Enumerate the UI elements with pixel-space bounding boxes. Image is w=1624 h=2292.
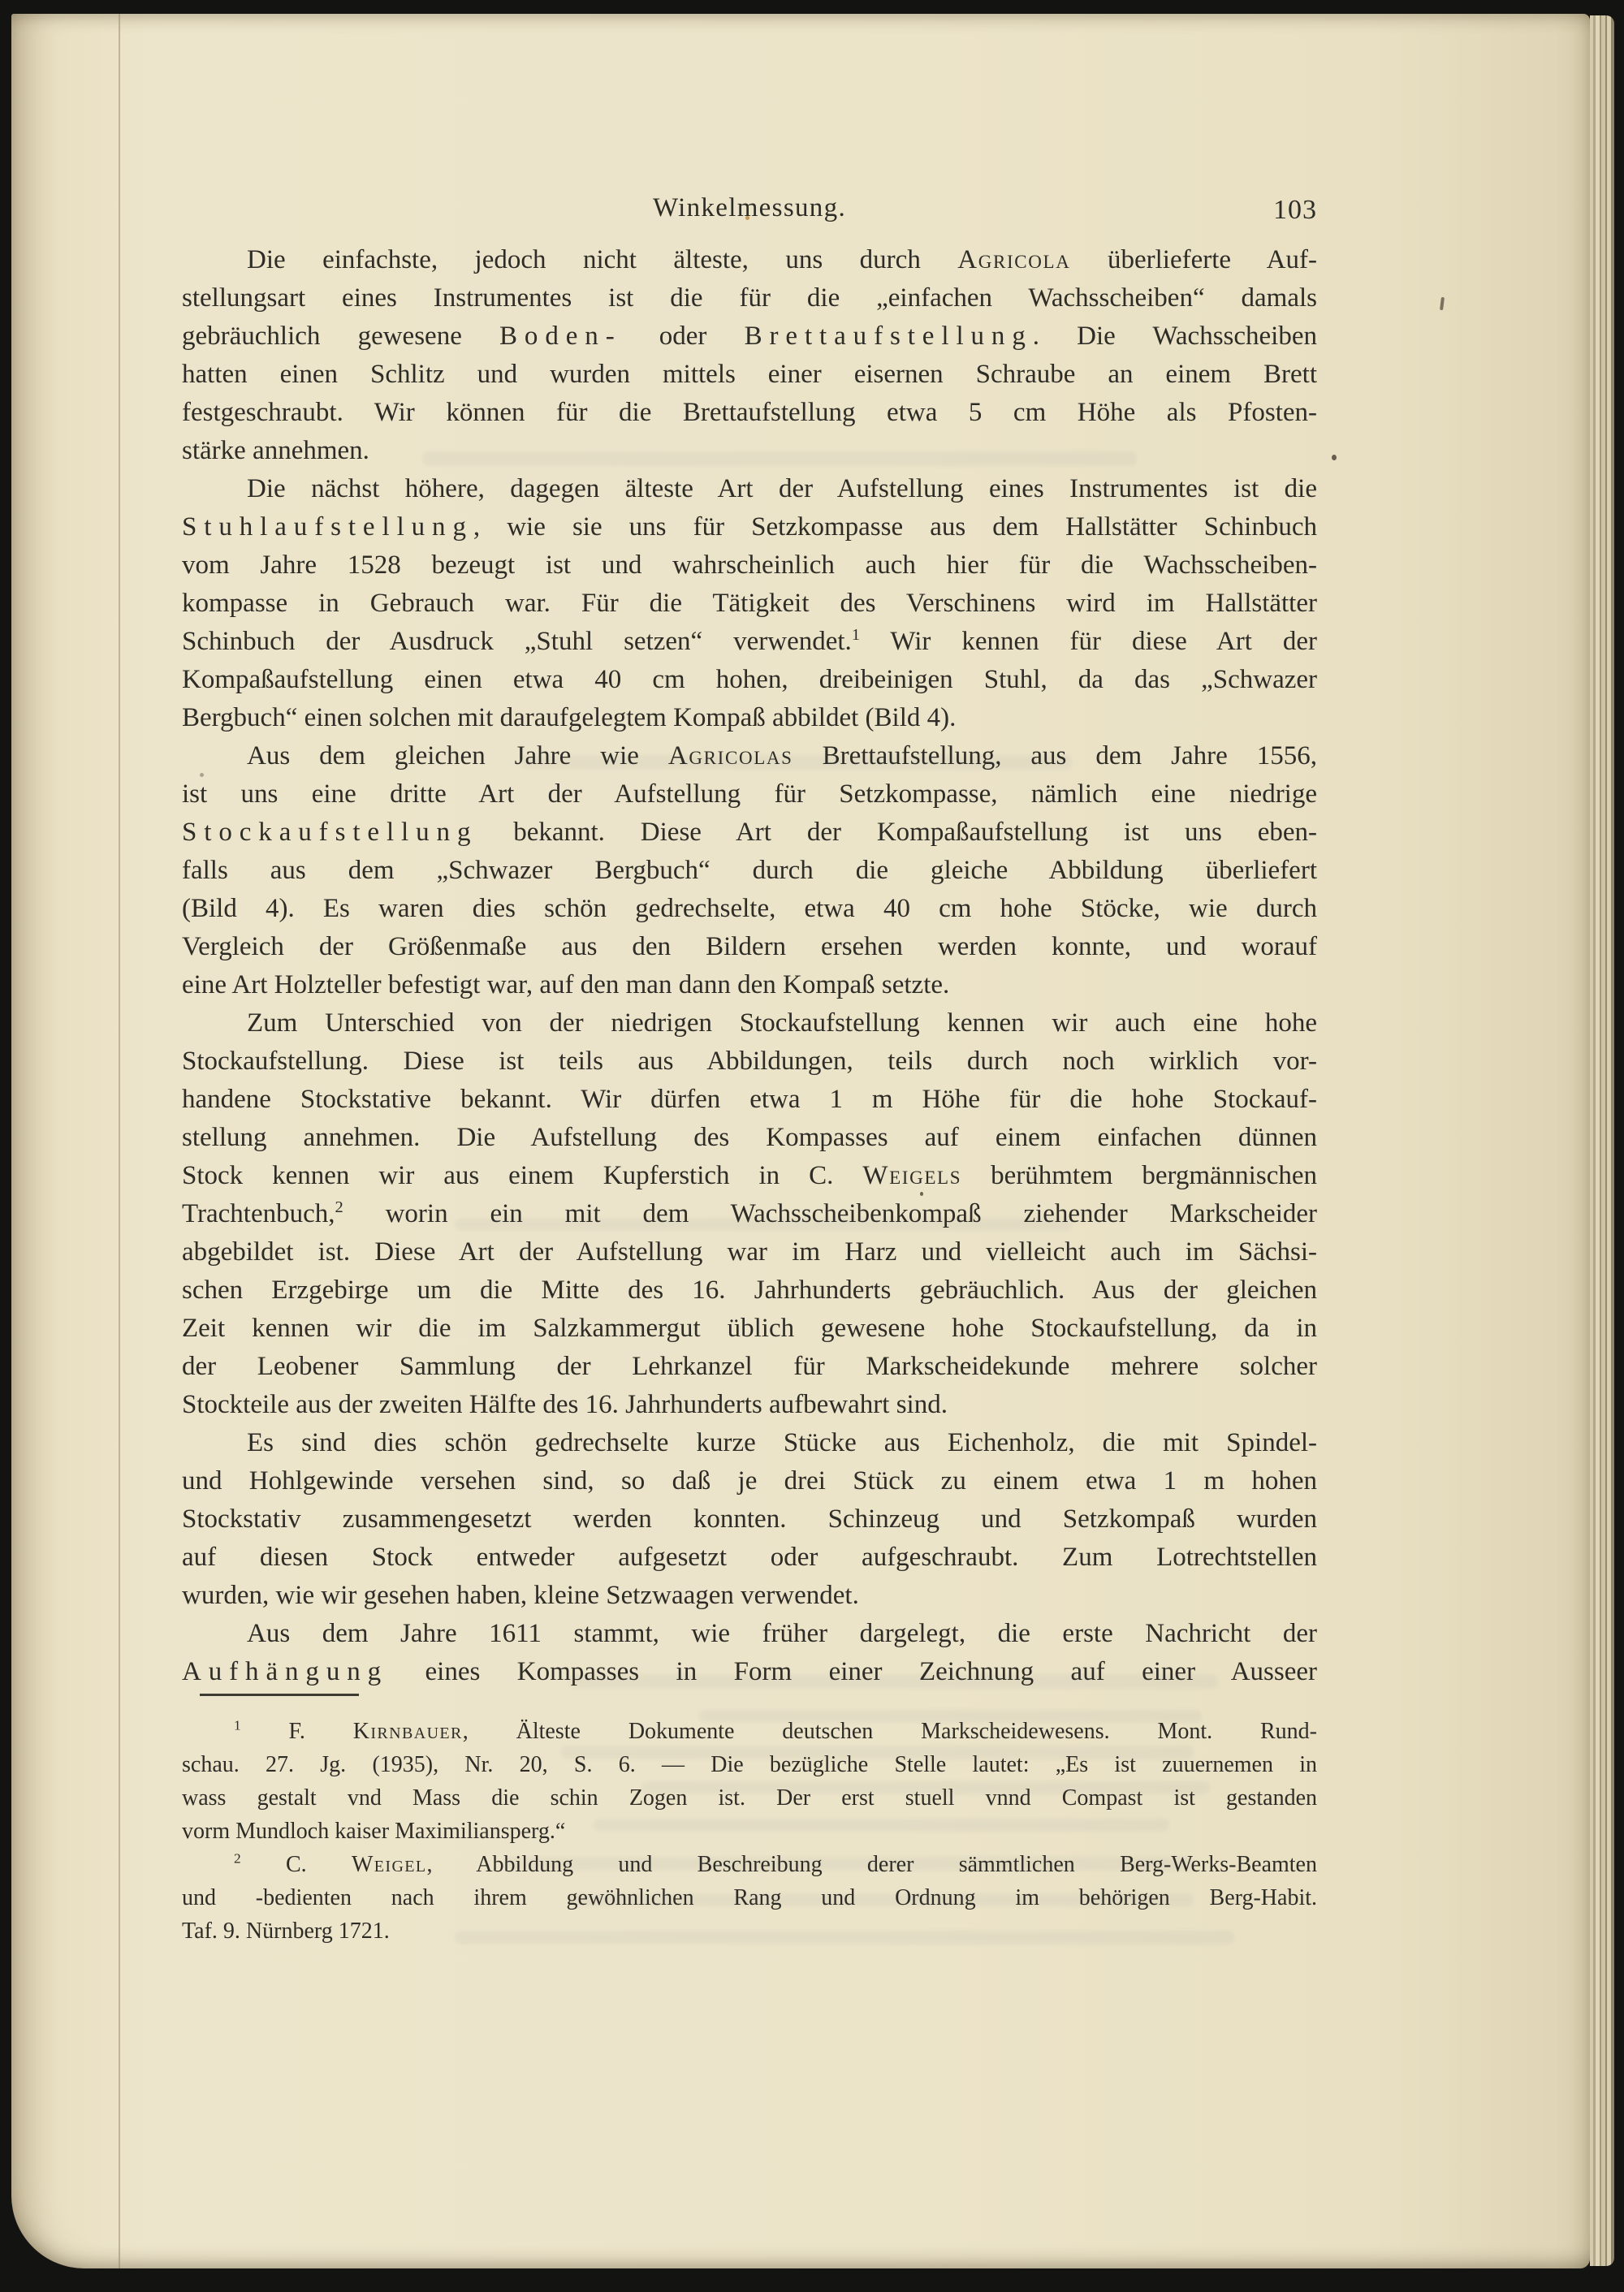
body-line: kompasse in Gebrauch war. Für die Tätigk… <box>182 585 1317 623</box>
page-number: 103 <box>1273 196 1317 225</box>
body-line: gebräuchlich gewesene Boden- oder Bretta… <box>182 317 1317 356</box>
body-line: falls aus dem „Schwazer Bergbuch“ durch … <box>182 852 1317 890</box>
body-line: (Bild 4). Es waren dies schön gedrechsel… <box>182 890 1317 928</box>
body-line: Bergbuch“ einen solchen mit daraufgelegt… <box>182 699 1317 737</box>
body-line: vom Jahre 1528 bezeugt ist und wahrschei… <box>182 546 1317 585</box>
page-header: Winkelmessung. 103 <box>182 193 1317 226</box>
body-line: hatten einen Schlitz und wurden mittels … <box>182 356 1317 394</box>
small-caps-name: Kirnbauer <box>353 1719 463 1744</box>
paragraph: Aus dem Jahre 1611 stammt, wie früher da… <box>182 1615 1317 1691</box>
body-text: Die einfachste, jedoch nicht älteste, un… <box>182 241 1317 1691</box>
running-title: Winkelmessung. <box>182 193 1317 222</box>
small-caps-name: Agricolas <box>668 741 793 770</box>
letterspaced-term: Aufhängung <box>182 1657 388 1686</box>
scanned-book-photo: Winkelmessung. 103 Die einfachste, jedoc… <box>0 0 1624 2292</box>
body-line: Es sind dies schön gedrechselte kurze St… <box>182 1424 1317 1462</box>
body-line: Stockteile aus der zweiten Hälfte des 16… <box>182 1386 1317 1424</box>
letterspaced-term: Boden- <box>499 322 622 351</box>
footnote-marker: 1 <box>234 1718 241 1733</box>
body-line: und Hohlgewinde versehen sind, so daß je… <box>182 1462 1317 1500</box>
body-line: stärke annehmen. <box>182 432 1317 470</box>
footnote-line: und -bedienten nach ihrem gewöhnlichen R… <box>182 1881 1317 1914</box>
body-line: Zeit kennen wir die im Salzkammergut übl… <box>182 1310 1317 1348</box>
letterspaced-term: Stuhlaufstellung <box>182 512 473 542</box>
body-line: schen Erzgebirge um die Mitte des 16. Ja… <box>182 1271 1317 1310</box>
body-line: Stuhlaufstellung, wie sie uns für Setzko… <box>182 508 1317 546</box>
footnote-marker: 2 <box>335 1198 343 1216</box>
body-line: eine Art Holzteller befestigt war, auf d… <box>182 966 1317 1004</box>
footnote-separator <box>200 1694 359 1696</box>
footnote-line: Taf. 9. Nürnberg 1721. <box>182 1914 1317 1948</box>
footnote-line: wass gestalt vnd Mass die schin Zogen is… <box>182 1781 1317 1815</box>
body-line: Aus dem Jahre 1611 stammt, wie früher da… <box>182 1615 1317 1653</box>
body-line: Stockstativ zusammengesetzt werden konnt… <box>182 1500 1317 1539</box>
body-line: Vergleich der Größenmaße aus den Bildern… <box>182 928 1317 966</box>
body-line: stellung annehmen. Die Aufstellung des K… <box>182 1119 1317 1157</box>
body-line: wurden, wie wir gesehen haben, kleine Se… <box>182 1577 1317 1615</box>
footnote-marker: 1 <box>852 626 860 644</box>
small-caps-name: Agricola <box>957 245 1070 274</box>
letterspaced-term: Stockaufstellung <box>182 818 477 847</box>
footnote-line: schau. 27. Jg. (1935), Nr. 20, S. 6. — D… <box>182 1748 1317 1781</box>
paragraph: Die einfachste, jedoch nicht älteste, un… <box>182 241 1317 470</box>
body-line: abgebildet ist. Diese Art der Aufstellun… <box>182 1233 1317 1271</box>
body-line: Aus dem gleichen Jahre wie Agricolas Bre… <box>182 737 1317 775</box>
body-line: auf diesen Stock entweder aufgesetzt ode… <box>182 1539 1317 1577</box>
paragraph: Die nächst höhere, dagegen älteste Art d… <box>182 470 1317 737</box>
paragraph: 2 C. Weigel, Abbildung und Beschreibung … <box>182 1848 1317 1948</box>
paragraph: 1 F. Kirnbauer, Älteste Dokumente deutsc… <box>182 1715 1317 1848</box>
body-line: Schinbuch der Ausdruck „Stuhl setzen“ ve… <box>182 623 1317 661</box>
letterspaced-term: Brettaufstellung <box>745 322 1033 351</box>
footnote-line: 2 C. Weigel, Abbildung und Beschreibung … <box>182 1848 1317 1881</box>
body-line: Stockaufstellung bekannt. Diese Art der … <box>182 814 1317 852</box>
body-line: Die einfachste, jedoch nicht älteste, un… <box>182 241 1317 279</box>
paragraph: Aus dem gleichen Jahre wie Agricolas Bre… <box>182 737 1317 1004</box>
small-caps-name: Weigel <box>352 1852 427 1877</box>
body-line: Kompaßaufstellung einen etwa 40 cm hohen… <box>182 661 1317 699</box>
body-line: festgeschraubt. Wir können für die Brett… <box>182 394 1317 432</box>
page-stack-edge <box>1590 15 1614 2266</box>
body-line: stellungsart eines Instrumentes ist die … <box>182 279 1317 317</box>
body-line: der Leobener Sammlung der Lehrkanzel für… <box>182 1348 1317 1386</box>
body-line: Zum Unterschied von der niedrigen Stocka… <box>182 1004 1317 1042</box>
footnotes: 1 F. Kirnbauer, Älteste Dokumente deutsc… <box>182 1715 1317 1948</box>
footnote-line: 1 F. Kirnbauer, Älteste Dokumente deutsc… <box>182 1715 1317 1748</box>
body-line: Die nächst höhere, dagegen älteste Art d… <box>182 470 1317 508</box>
body-line: Stockaufstellung. Diese ist teils aus Ab… <box>182 1042 1317 1081</box>
footnote-marker: 2 <box>234 1851 241 1867</box>
body-line: Stock kennen wir aus einem Kupferstich i… <box>182 1157 1317 1195</box>
paragraph: Es sind dies schön gedrechselte kurze St… <box>182 1424 1317 1615</box>
body-line: ist uns eine dritte Art der Aufstellung … <box>182 775 1317 814</box>
small-caps-name: Weigels <box>862 1161 961 1190</box>
paragraph: Zum Unterschied von der niedrigen Stocka… <box>182 1004 1317 1424</box>
footnote-line: vorm Mundloch kaiser Maximiliansperg.“ <box>182 1815 1317 1848</box>
body-line: Aufhängung eines Kompasses in Form einer… <box>182 1653 1317 1691</box>
body-line: Trachtenbuch,2 worin ein mit dem Wachssc… <box>182 1195 1317 1233</box>
body-line: handene Stockstative bekannt. Wir dürfen… <box>182 1081 1317 1119</box>
